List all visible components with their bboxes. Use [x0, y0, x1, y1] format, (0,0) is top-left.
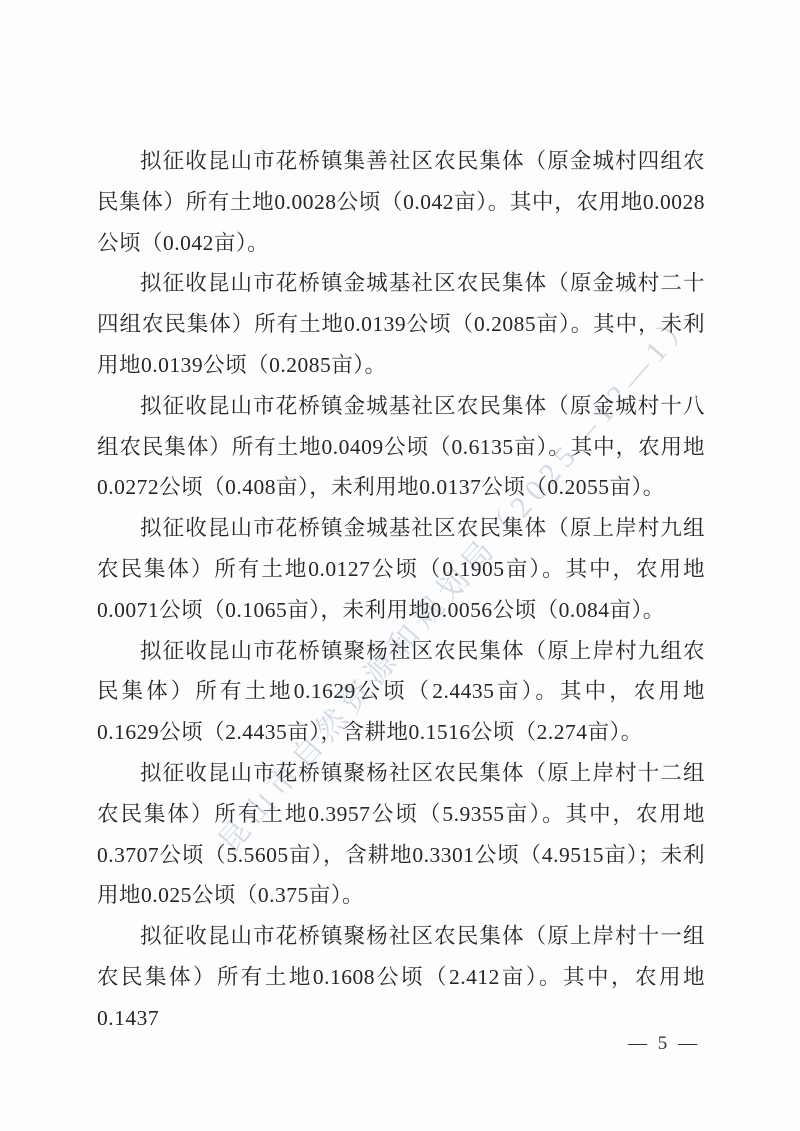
paragraph-6: 拟征收昆山市花桥镇聚杨社区农民集体（原上岸村十二组农民集体）所有土地0.3957… — [97, 753, 705, 916]
paragraph-5: 拟征收昆山市花桥镇聚杨社区农民集体（原上岸村九组农民集体）所有土地0.1629公… — [97, 631, 705, 753]
document-page: 昆山市自然资源和规划局（2025—12—1） 拟征收昆山市花桥镇集善社区农民集体… — [0, 0, 800, 1131]
paragraph-1: 拟征收昆山市花桥镇集善社区农民集体（原金城村四组农民集体）所有土地0.0028公… — [97, 141, 705, 263]
body-text: 拟征收昆山市花桥镇集善社区农民集体（原金城村四组农民集体）所有土地0.0028公… — [97, 141, 705, 1039]
paragraph-4: 拟征收昆山市花桥镇金城基社区农民集体（原上岸村九组农民集体）所有土地0.0127… — [97, 508, 705, 630]
paragraph-3: 拟征收昆山市花桥镇金城基社区农民集体（原金城村十八组农民集体）所有土地0.040… — [97, 386, 705, 508]
paragraph-7: 拟征收昆山市花桥镇聚杨社区农民集体（原上岸村十一组农民集体）所有土地0.1608… — [97, 916, 705, 1038]
paragraph-2: 拟征收昆山市花桥镇金城基社区农民集体（原金城村二十四组农民集体）所有土地0.01… — [97, 263, 705, 385]
page-number: — 5 — — [628, 1033, 700, 1055]
